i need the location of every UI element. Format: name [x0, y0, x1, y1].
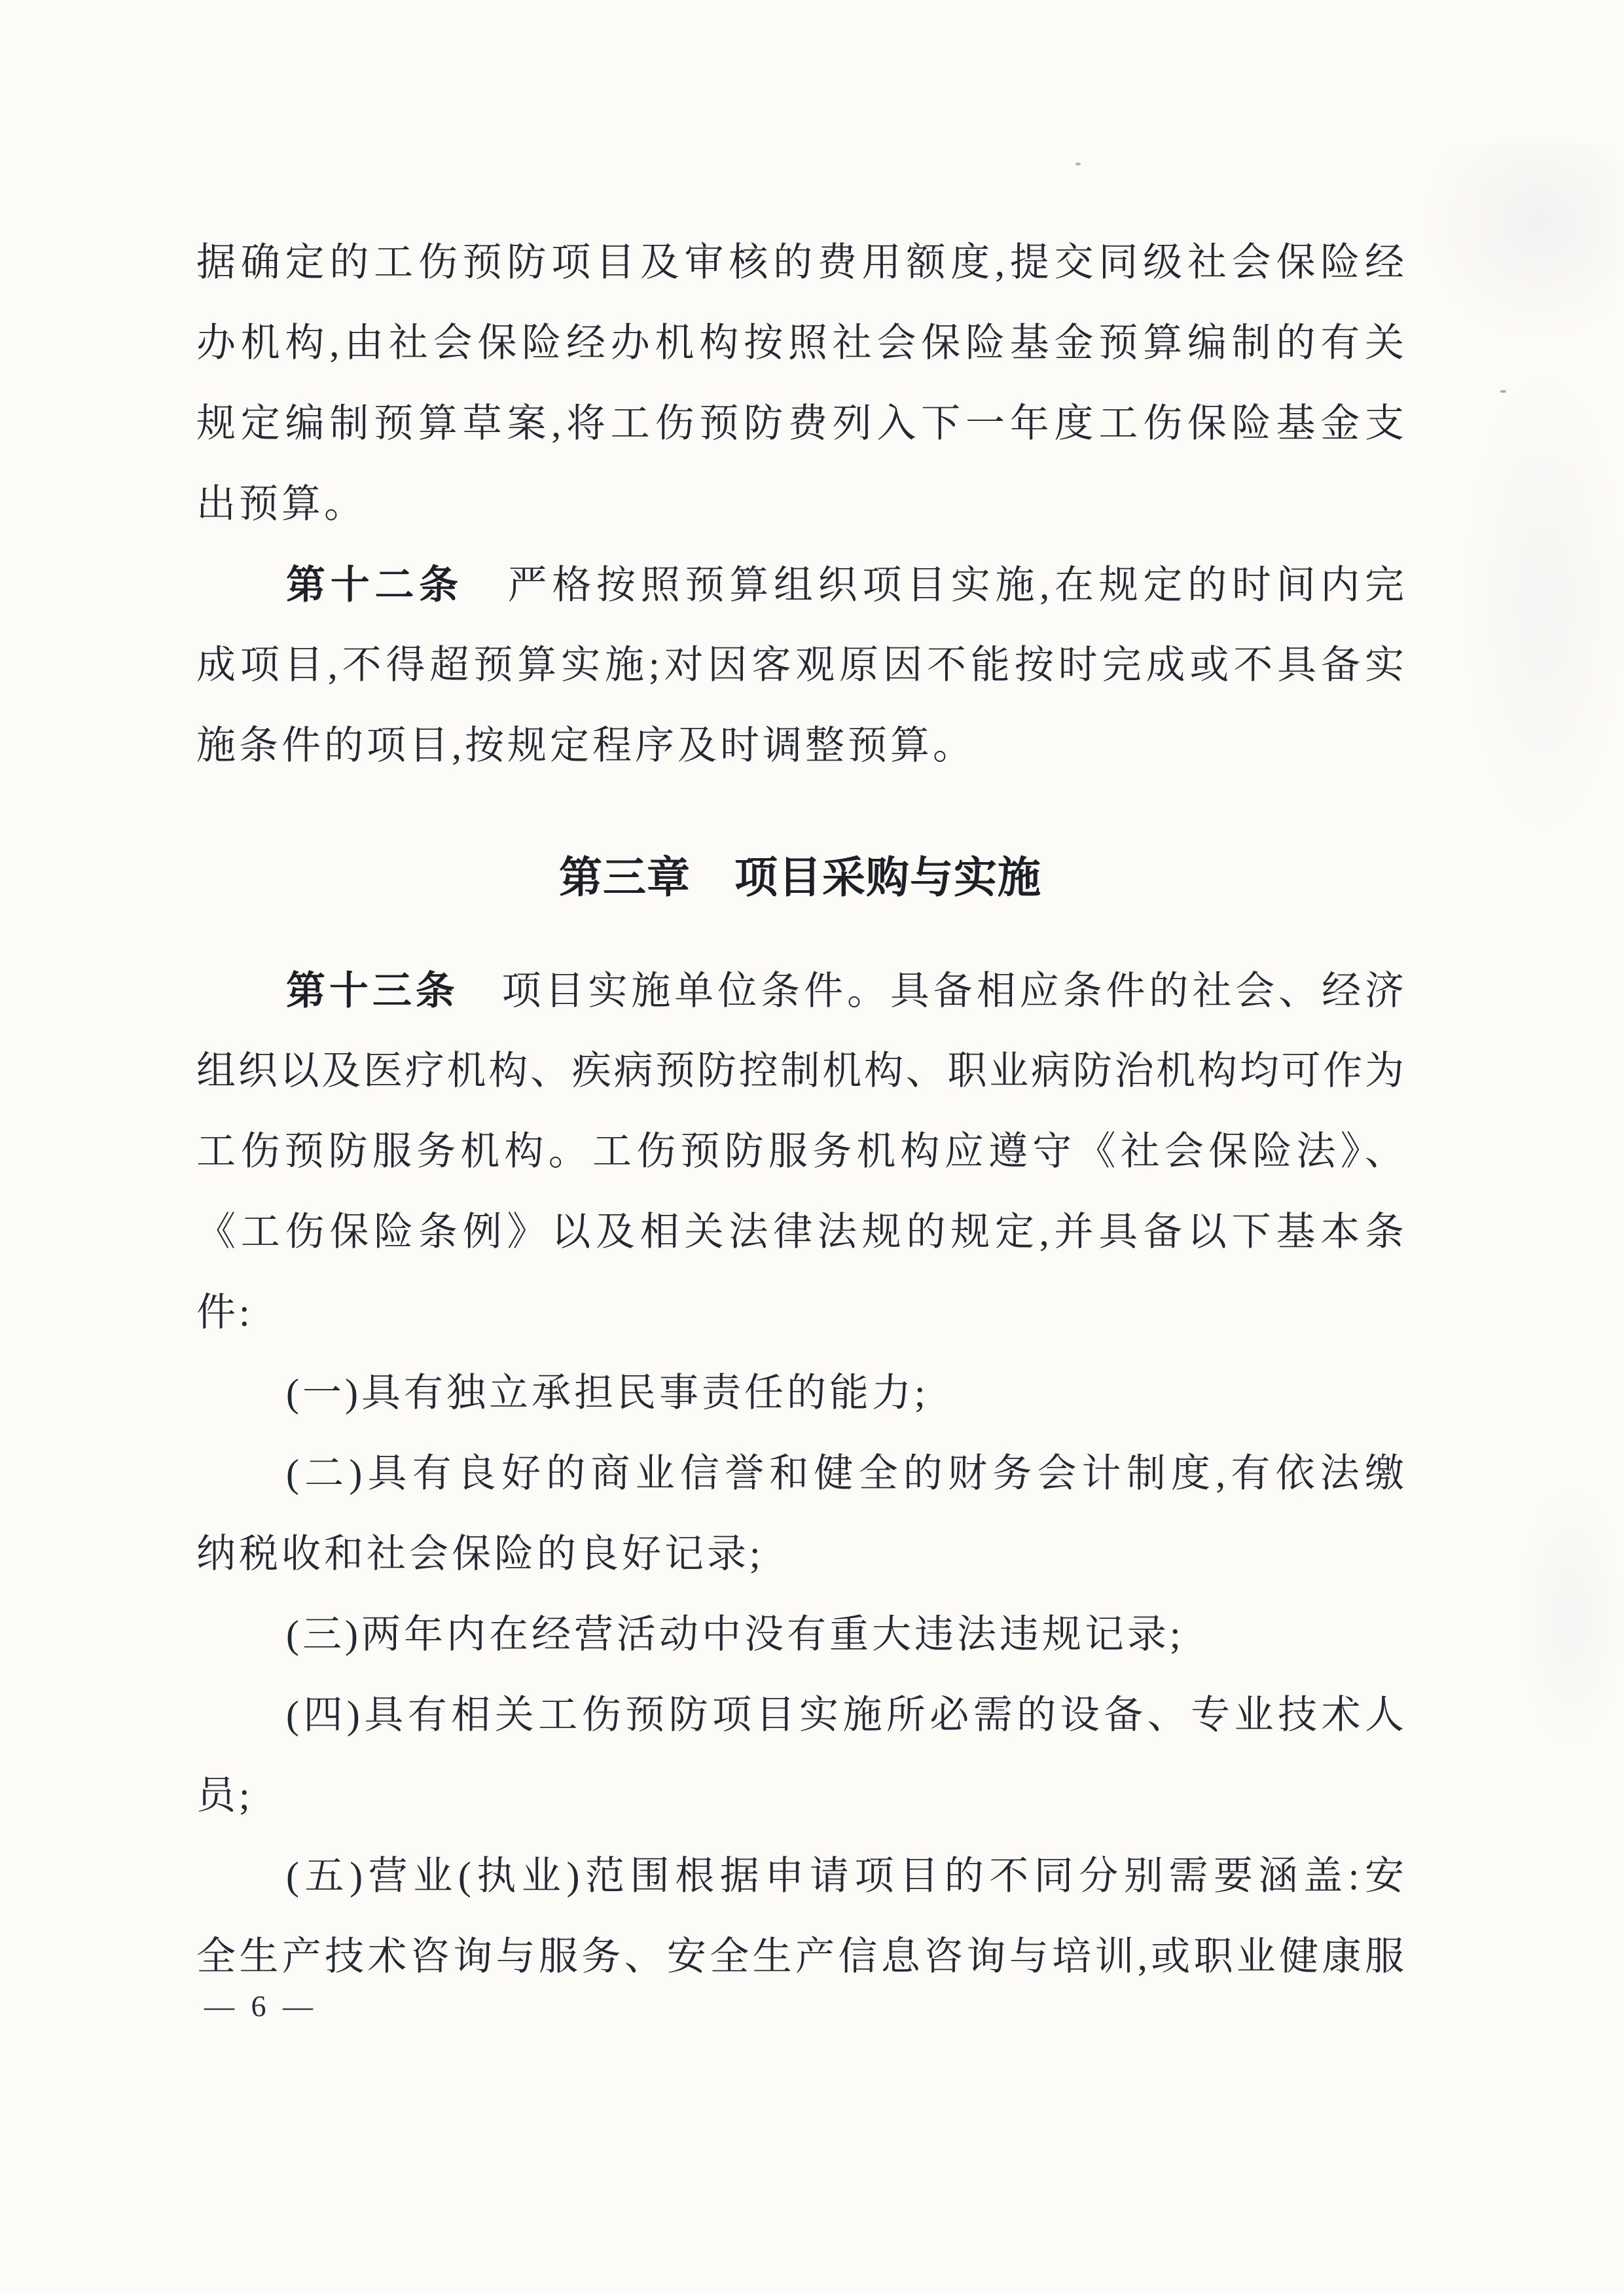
body-text: 成项目,不得超预算实施;对因客观原因不能按时完成或不具备实 [196, 643, 1404, 687]
body-text: (五)营业(执业)范围根据申请项目的不同分别需要涵盖:安 [286, 1854, 1404, 1898]
text-line: (二)具有良好的商业信誉和健全的财务会计制度,有依法缴 [196, 1434, 1404, 1514]
body-text: 件: [196, 1291, 253, 1334]
body-text: (四)具有相关工伤预防项目实施所必需的设备、专业技术人 [286, 1693, 1404, 1737]
body-text: (一)具有独立承担民事责任的能力; [286, 1371, 929, 1415]
document-page: 据确定的工伤预防项目及审核的费用额度,提交同级社会保险经 办机构,由社会保险经办… [0, 0, 1624, 2293]
body-text: 纳税收和社会保险的良好记录; [196, 1532, 764, 1576]
text-line: 第十三条 项目实施单位条件。具备相应条件的社会、经济 [196, 950, 1404, 1031]
text-line: 《工伤保险条例》以及相关法律法规的规定,并具备以下基本条 [196, 1192, 1404, 1273]
text-line: 施条件的项目,按规定程序及时调整预算。 [196, 706, 1404, 786]
scan-smudge [1466, 367, 1623, 838]
body-text: 工伤预防服务机构。工伤预防服务机构应遵守《社会保险法》、 [196, 1130, 1404, 1173]
body-text: (三)两年内在经营活动中没有重大违法违规记录; [286, 1613, 1184, 1656]
scan-speck [1500, 390, 1506, 393]
text-line: (四)具有相关工伤预防项目实施所必需的设备、专业技术人 [196, 1675, 1404, 1756]
text-line: 规定编制预算草案,将工伤预防费列入下一年度工伤保险基金支 [196, 384, 1404, 464]
text-line: 出预算。 [196, 464, 1404, 545]
body-text: 据确定的工伤预防项目及审核的费用额度,提交同级社会保险经 [196, 241, 1404, 284]
text-line: 办机构,由社会保险经办机构按照社会保险基金预算编制的有关 [196, 303, 1404, 384]
body-text: 出预算。 [196, 482, 367, 526]
body-text: 施条件的项目,按规定程序及时调整预算。 [196, 724, 975, 767]
article-number: 第十二条 [286, 563, 463, 607]
text-line: 据确定的工伤预防项目及审核的费用额度,提交同级社会保险经 [196, 223, 1404, 303]
text-line: 员; [196, 1756, 1404, 1836]
page-number: — 6 — [204, 1986, 317, 2027]
body-text: 员; [196, 1774, 253, 1817]
body-text: 办机构,由社会保险经办机构按照社会保险基金预算编制的有关 [196, 321, 1404, 365]
scan-smudge [1519, 1479, 1623, 1754]
body-text: 全生产技术咨询与服务、安全生产信息咨询与培训,或职业健康服 [196, 1935, 1404, 1978]
scan-speck [1075, 162, 1081, 166]
text-line: 成项目,不得超预算实施;对因客观原因不能按时完成或不具备实 [196, 625, 1404, 706]
body-text: (二)具有良好的商业信誉和健全的财务会计制度,有依法缴 [286, 1452, 1404, 1495]
article-number: 第十三条 [286, 969, 459, 1013]
body-text: 严格按照预算组织项目实施,在规定的时间内完 [463, 564, 1404, 607]
text-line: 纳税收和社会保险的良好记录; [196, 1514, 1404, 1595]
body-text: 组织以及医疗机构、疾病预防控制机构、职业病防治机构均可作为 [196, 1049, 1404, 1092]
text-line: 工伤预防服务机构。工伤预防服务机构应遵守《社会保险法》、 [196, 1111, 1404, 1192]
text-line: (一)具有独立承担民事责任的能力; [196, 1353, 1404, 1434]
text-line: (三)两年内在经营活动中没有重大违法违规记录; [196, 1595, 1404, 1675]
scan-smudge [1420, 144, 1617, 340]
body-text: 规定编制预算草案,将工伤预防费列入下一年度工伤保险基金支 [196, 402, 1404, 445]
body-text: 项目实施单位条件。具备相应条件的社会、经济 [459, 969, 1404, 1013]
text-line: (五)营业(执业)范围根据申请项目的不同分别需要涵盖:安 [196, 1836, 1404, 1917]
text-line: 第十二条 严格按照预算组织项目实施,在规定的时间内完 [196, 545, 1404, 625]
text-line: 组织以及医疗机构、疾病预防控制机构、职业病防治机构均可作为 [196, 1031, 1404, 1111]
text-line: 全生产技术咨询与服务、安全生产信息咨询与培训,或职业健康服 [196, 1917, 1404, 1997]
text-line: 件: [196, 1273, 1404, 1353]
chapter-heading: 第三章 项目采购与实施 [196, 837, 1404, 918]
document-body: 据确定的工伤预防项目及审核的费用额度,提交同级社会保险经 办机构,由社会保险经办… [196, 223, 1404, 1997]
body-text: 《工伤保险条例》以及相关法律法规的规定,并具备以下基本条 [196, 1210, 1404, 1254]
